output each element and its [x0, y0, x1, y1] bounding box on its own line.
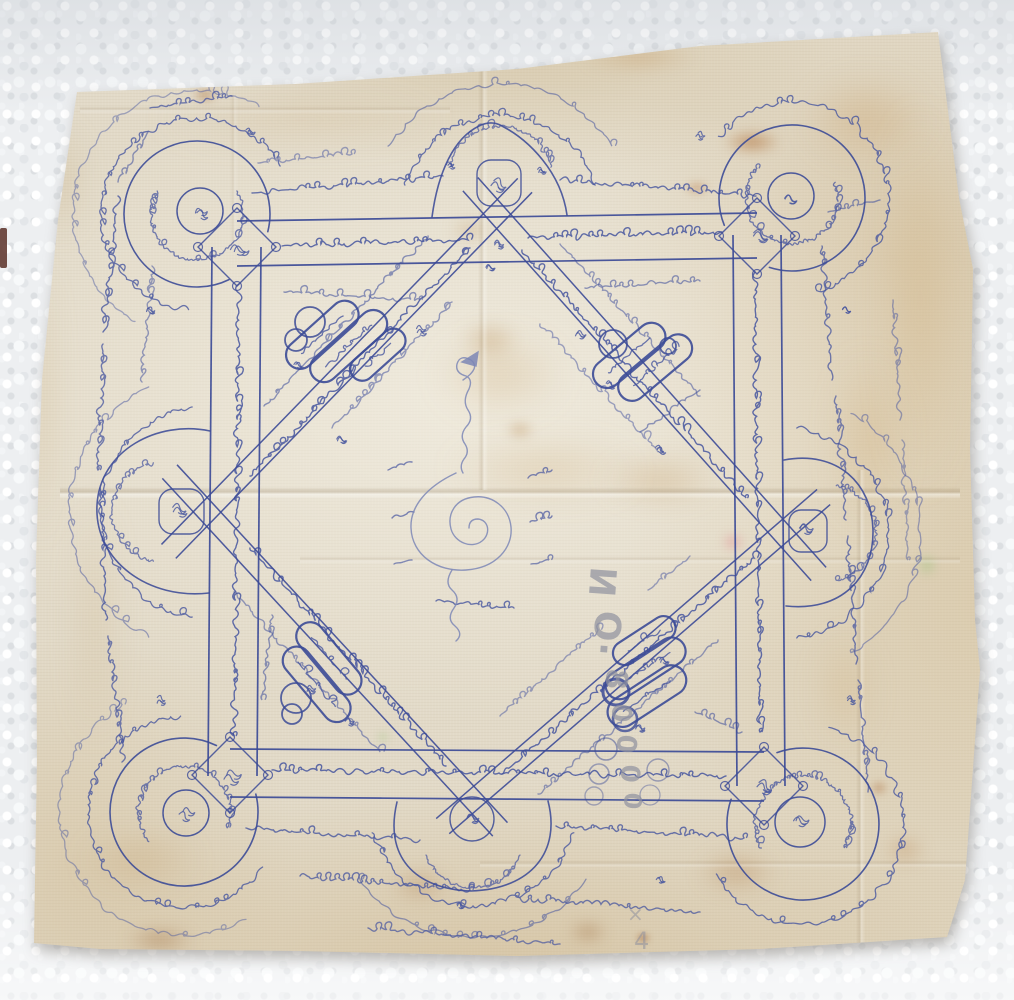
- pencil-marks: ×4: [627, 902, 649, 955]
- diagonal-bands: [161, 178, 830, 837]
- svg-text:И: И: [580, 565, 623, 598]
- svg-text:8: 8: [598, 667, 634, 690]
- yantra-ink-drawing: ИO.80000×4: [0, 0, 1014, 1000]
- svg-text:.: .: [591, 641, 633, 658]
- yantra-cloth: ИO.80000×4: [0, 0, 1014, 1000]
- glyph-marks: [146, 128, 856, 910]
- svg-text:0: 0: [614, 764, 645, 784]
- zero-circles: [647, 759, 669, 781]
- svg-text:0: 0: [605, 703, 637, 724]
- pill-clusters: [271, 284, 708, 733]
- zero-circles: [585, 787, 603, 805]
- unalome-spiral: [411, 352, 511, 641]
- yantra-cloth-wrap: ИO.80000×4: [0, 0, 1014, 1000]
- svg-text:×: ×: [627, 902, 644, 926]
- frame-diamonds: [188, 194, 808, 830]
- svg-text:0: 0: [610, 734, 642, 755]
- svg-text:4: 4: [634, 927, 649, 955]
- svg-text:O: O: [585, 609, 628, 642]
- photo-scene: ИO.80000×4: [0, 0, 1014, 1000]
- svg-text:0: 0: [618, 792, 647, 811]
